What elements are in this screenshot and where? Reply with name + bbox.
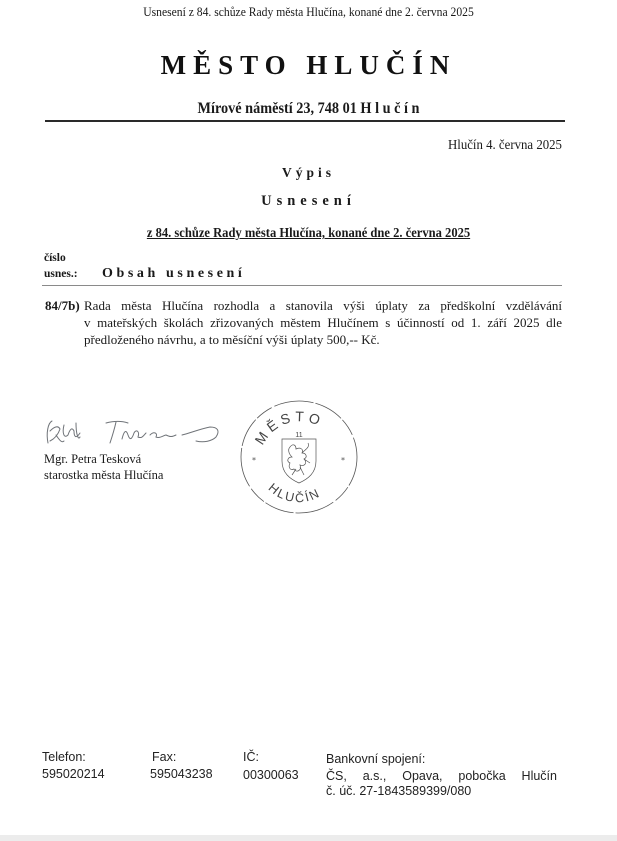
svg-text:MĚSTO: MĚSTO: [251, 408, 326, 447]
stamp-number: 11: [295, 432, 302, 439]
official-stamp-icon: MĚSTO HLUČÍN 11 * *: [238, 397, 360, 515]
column-label-content: Obsah usnesení: [102, 266, 245, 282]
footer-phone-label: Telefon:: [42, 750, 86, 764]
footer-fax-label: Fax:: [152, 750, 176, 764]
footer-fax-value: 595043238: [150, 767, 213, 781]
bank-part: ČS,: [326, 769, 347, 783]
stamp-star-right-icon: *: [341, 456, 345, 465]
stamp-star-left-icon: *: [252, 456, 256, 465]
signer-role: starostka města Hlučína: [44, 468, 163, 483]
resolution-line: Rada města Hlučína rozhodla a stanovila …: [84, 297, 562, 314]
table-header-divider: [42, 285, 562, 286]
bank-part: Hlučín: [522, 769, 557, 783]
document-date: Hlučín 4. června 2025: [448, 137, 562, 153]
letterhead-title: MĚSTO HLUČÍN: [0, 50, 617, 81]
coat-of-arms-lion-icon: [282, 439, 316, 483]
bank-part: pobočka: [458, 769, 505, 783]
footer-bank-line1: ČS, a.s., Opava, pobočka Hlučín: [326, 769, 557, 783]
resolution-line: předloženého návrhu, a to měsíční výši ú…: [84, 331, 562, 348]
bank-part: Opava,: [402, 769, 442, 783]
stamp-top-text: MĚSTO: [251, 408, 326, 447]
footer-ic-value: 00300063: [243, 768, 299, 782]
running-header: Usnesení z 84. schůze Rady města Hlučína…: [22, 5, 596, 20]
footer-ic-label: IČ:: [243, 750, 259, 764]
letterhead-address: Mírové náměstí 23, 748 01 H l u č í n: [25, 100, 593, 118]
page-bottom-edge: [0, 835, 617, 841]
column-label-number-line2: usnes.:: [44, 268, 78, 280]
stamp-bottom-text: HLUČÍN: [266, 481, 323, 506]
footer-phone-value: 595020214: [42, 767, 105, 781]
handwritten-signature-icon: [40, 413, 230, 453]
heading-usneseni: Usnesení: [0, 193, 617, 210]
footer-bank-account: č. úč. 27-1843589399/080: [326, 784, 471, 798]
heading-meeting: z 84. schůze Rady města Hlučína, konané …: [22, 225, 596, 241]
resolution-number: 84/7b): [45, 298, 80, 314]
resolution-text: Rada města Hlučína rozhodla a stanovila …: [84, 297, 562, 348]
resolution-line: v mateřských školách zřizovaných městem …: [84, 314, 562, 331]
signer-name: Mgr. Petra Tesková: [44, 452, 141, 467]
letterhead-divider: [45, 120, 565, 122]
svg-text:HLUČÍN: HLUČÍN: [266, 481, 323, 506]
heading-vypis: Výpis: [0, 165, 617, 181]
footer-bank-label: Bankovní spojení:: [326, 752, 425, 766]
column-label-number-line1: číslo: [44, 252, 66, 264]
bank-part: a.s.,: [363, 769, 387, 783]
